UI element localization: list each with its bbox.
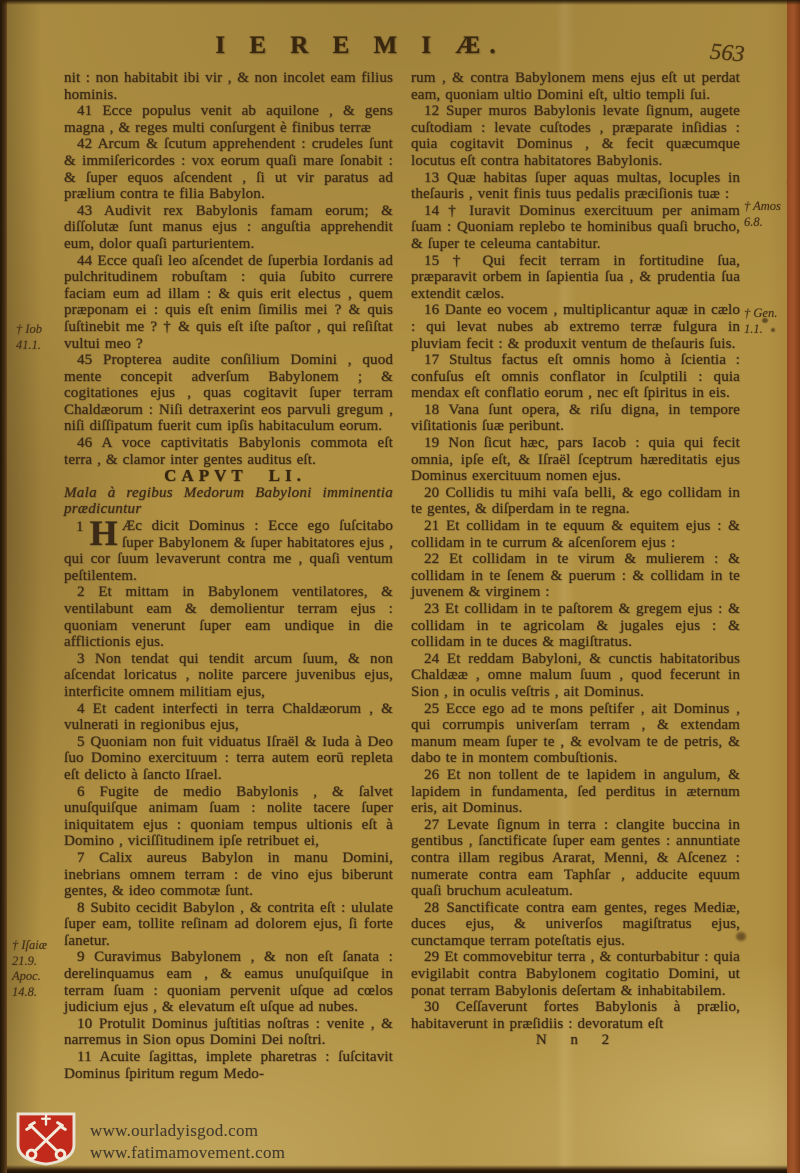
margin-note-line: 21.9. [12, 954, 47, 970]
watermark-urls: www.ourladyisgod.com www.fatimamovement.… [90, 1120, 285, 1164]
verse-paragraph: 30 Ceſſaverunt fortes Babylonis à prælio… [411, 999, 740, 1032]
signature-mark: N n 2 [411, 1032, 740, 1049]
page-edge-right [787, 0, 800, 1173]
verse-paragraph: 13 Quæ habitas ſuper aquas multas, locup… [411, 170, 740, 203]
chapter-heading: CAPVT LI. [64, 468, 393, 485]
verse-paragraph: 2 Et mittam in Babylonem ventilatores, &… [64, 584, 393, 650]
ink-speck [722, 788, 727, 792]
verse-number: 1 [76, 519, 84, 536]
ink-speck [771, 328, 775, 332]
verse-paragraph: 8 Subito cecidit Babylon , & contrita eſ… [64, 900, 393, 950]
ink-speck [762, 318, 768, 323]
right-text-column: rum , & contra Babylonem mens ejus eſt u… [411, 70, 740, 1166]
text-columns: nit : non habitabit ibi vir , & non inco… [64, 70, 740, 1166]
watermark-url: www.fatimamovement.com [90, 1142, 285, 1164]
verse-paragraph: 43 Audivit rex Babylonis famam eorum; & … [64, 203, 393, 253]
verse-paragraph: 7 Calix aureus Babylon in manu Domini, i… [64, 850, 393, 900]
margin-note-line: † Iob [16, 322, 42, 338]
verse-paragraph: 41 Ecce populus venit ab aquilone , & ge… [64, 103, 393, 136]
verse-paragraph: 24 Et reddam Babyloni, & cunctis habitat… [411, 651, 740, 701]
page-number: 563 [708, 39, 745, 68]
margin-note-line: † Iſaiæ [12, 938, 47, 954]
verse-paragraph: 20 Collidis tu mihi vaſa belli, & ego co… [411, 485, 740, 518]
watermark-url: www.ourladyisgod.com [90, 1120, 285, 1142]
verse-paragraph: 25 Ecce ego ad te mons peſtifer , ait Do… [411, 701, 740, 767]
verse-paragraph: 5 Quoniam non fuit viduatus Iſraël & Iud… [64, 734, 393, 784]
verse-paragraph: 10 Protulit Dominus juſtitias noſtras : … [64, 1016, 393, 1049]
verse-paragraph: 26 Et non tollent de te lapidem in angul… [411, 767, 740, 817]
margin-note-reference: † Iob 41.1. [16, 322, 42, 353]
chapter-argument: Mala à regibus Medorum Babyloni imminent… [64, 485, 393, 518]
verse-paragraph: 19 Non ſicut hæc, pars Iacob : quia qui … [411, 435, 740, 485]
margin-note-line: 41.1. [16, 338, 42, 354]
verse-paragraph: 27 Levate ſignum in terra : clangite buc… [411, 817, 740, 900]
scanned-book-page: I E R E M I Æ. 563 nit : non habitabit i… [0, 0, 800, 1173]
verse-paragraph: 16 Dante eo vocem , multiplicantur aquæ … [411, 302, 740, 352]
verse-paragraph: 18 Vana ſunt opera, & riſu digna, in tem… [411, 402, 740, 435]
verse-paragraph: 29 Et commovebitur terra , & conturbabit… [411, 949, 740, 999]
verse-paragraph: 46 A voce captivitatis Babylonis commota… [64, 435, 393, 468]
left-text-column: nit : non habitabit ibi vir , & non inco… [64, 70, 393, 1166]
page-title: I E R E M I Æ. [50, 32, 670, 60]
verse-paragraph: 28 Sanctificate contra eam gentes, reges… [411, 900, 740, 950]
continuation-paragraph: nit : non habitabit ibi vir , & non inco… [64, 70, 393, 103]
verse-paragraph: 6 Fugite de medio Babylonis , & ſalvet u… [64, 784, 393, 850]
verse-paragraph: 17 Stultus factus eſt omnis homo à ſcien… [411, 352, 740, 402]
verse-paragraph: 9 Curavimus Babylonem , & non eſt ſanata… [64, 949, 393, 1015]
verse-paragraph: 44 Ecce quaſi leo aſcendet de ſuperbia I… [64, 253, 393, 353]
verse-paragraph: 11 Acuite ſagittas, implete pharetras : … [64, 1049, 393, 1082]
crossed-keys-shield-icon [14, 1112, 78, 1171]
verse-paragraph: 3 Non tendat qui tendit arcum ſuum, & no… [64, 651, 393, 701]
page-edge-top [0, 0, 800, 5]
verse-paragraph: 4 Et cadent interfecti in terra Chaldæor… [64, 701, 393, 734]
running-head: I E R E M I Æ. 563 [50, 26, 750, 72]
verse-paragraph-dropcap: 1HÆc dicit Dominus : Ecce ego ſuſcitabo … [64, 518, 393, 584]
drop-cap-initial: H [90, 519, 118, 548]
margin-note-line: 14.8. [12, 985, 47, 1001]
verse-paragraph: 14 † Iuravit Dominus exercituum per anim… [411, 203, 740, 253]
verse-paragraph: 45 Propterea audite conſilium Domini , q… [64, 352, 393, 435]
margin-note-reference: † Iſaiæ 21.9. Apoc. 14.8. [12, 938, 47, 1000]
verse-paragraph: 22 Et collidam in te virum & mulierem : … [411, 551, 740, 601]
page-edge-left [0, 0, 7, 1173]
verse-paragraph: 42 Arcum & ſcutum apprehendent : crudele… [64, 136, 393, 202]
verse-paragraph: 15 † Qui fecit terram in fortitudine ſua… [411, 253, 740, 303]
ink-speck [736, 932, 746, 941]
verse-paragraph: 21 Et collidam in te equum & equitem eju… [411, 518, 740, 551]
verse-paragraph: 23 Et collidam in te paſtorem & gregem e… [411, 601, 740, 651]
continuation-paragraph: rum , & contra Babylonem mens ejus eſt u… [411, 70, 740, 103]
watermark: www.ourladyisgod.com www.fatimamovement.… [14, 1112, 285, 1171]
verse-paragraph: 12 Super muros Babylonis levate ſignum, … [411, 103, 740, 169]
margin-note-line: Apoc. [12, 969, 47, 985]
